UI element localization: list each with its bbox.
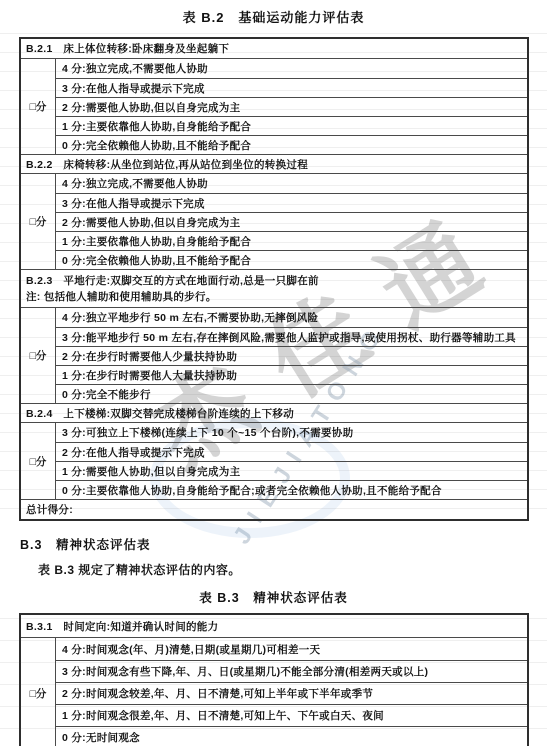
assessment-table-b3: B.3.1 时间定向:知道并确认时间的能力 □分 4 分:时间观念(年、月)清楚…: [19, 613, 529, 746]
assessment-table-b2: B.2.1 床上体位转移:卧床翻身及坐起躺下 □分 4 分:独立完成,不需要他人…: [19, 37, 529, 521]
score-row: 1 分:时间观念很差,年、月、日不清楚,可知上午、下午或白天、夜间: [56, 704, 527, 726]
score-row: 1 分:主要依靠他人协助,自身能给予配合: [56, 231, 527, 250]
score-row: 2 分:在步行时需要他人少量扶持协助: [56, 346, 527, 365]
section-b3-heading: B.3 精神状态评估表: [20, 535, 150, 553]
score-row: 3 分:在他人指导或提示下完成: [56, 193, 527, 212]
score-box-cell-b31: □分: [21, 638, 56, 746]
total-score-row: 总计得分:: [21, 499, 527, 519]
score-row: 2 分:需要他人协助,但以自身完成为主: [56, 212, 527, 231]
section-header-b23: B.2.3 平地行走:双脚交互的方式在地面行动,总是一只脚在前 注: 包括他人辅…: [21, 269, 527, 307]
table-b3-title: 表 B.3 精神状态评估表: [0, 588, 547, 606]
score-row: 3 分:能平地步行 50 m 左右,存在摔倒风险,需要他人监护或指导,或使用拐杖…: [56, 327, 527, 346]
score-row: 1 分:需要他人协助,但以自身完成为主: [56, 461, 527, 480]
score-row: 3 分:在他人指导或提示下完成: [56, 78, 527, 97]
score-row: 4 分:独立完成,不需要他人协助: [56, 59, 527, 78]
score-group-b21: □分 4 分:独立完成,不需要他人协助 3 分:在他人指导或提示下完成 2 分:…: [21, 58, 527, 154]
score-group-b24: □分 3 分:可独立上下楼梯(连续上下 10 个~15 个台阶),不需要协助 2…: [21, 422, 527, 499]
section-header-b21: B.2.1 床上体位转移:卧床翻身及坐起躺下: [21, 39, 527, 58]
section-b3-intro: 表 B.3 规定了精神状态评估的内容。: [38, 561, 241, 578]
score-row: 2 分:在他人指导或提示下完成: [56, 442, 527, 461]
score-row: 3 分:可独立上下楼梯(连续上下 10 个~15 个台阶),不需要协助: [56, 423, 527, 442]
section-header-b22: B.2.2 床椅转移:从坐位到站位,再从站位到坐位的转换过程: [21, 154, 527, 173]
score-row: 0 分:主要依靠他人协助,自身能给予配合;或者完全依赖他人协助,且不能给予配合: [56, 480, 527, 499]
score-row: 2 分:需要他人协助,但以自身完成为主: [56, 97, 527, 116]
score-group-b23: □分 4 分:独立平地步行 50 m 左右,不需要协助,无摔倒风险 3 分:能平…: [21, 307, 527, 403]
score-group-b31: □分 4 分:时间观念(年、月)清楚,日期(或星期几)可相差一天 3 分:时间观…: [21, 637, 527, 746]
score-box-cell-b21: □分: [21, 59, 56, 154]
score-row: 0 分:完全依赖他人协助,且不能给予配合: [56, 250, 527, 269]
score-row: 4 分:独立完成,不需要他人协助: [56, 174, 527, 193]
score-row: 0 分:完全不能步行: [56, 384, 527, 403]
section-header-b23-line1: B.2.3 平地行走:双脚交互的方式在地面行动,总是一只脚在前: [26, 273, 319, 288]
score-box-cell-b23: □分: [21, 308, 56, 403]
score-group-b22: □分 4 分:独立完成,不需要他人协助 3 分:在他人指导或提示下完成 2 分:…: [21, 173, 527, 269]
scanned-standard-page: { "titles": { "table_b2_title": "表 B.2 基…: [0, 0, 547, 746]
section-header-b31: B.3.1 时间定向:知道并确认时间的能力: [21, 615, 527, 637]
table-b2-title: 表 B.2 基础运动能力评估表: [0, 7, 547, 26]
score-row: 4 分:时间观念(年、月)清楚,日期(或星期几)可相差一天: [56, 638, 527, 660]
score-row: 1 分:在步行时需要他人大量扶持协助: [56, 365, 527, 384]
score-row: 1 分:主要依靠他人协助,自身能给予配合: [56, 116, 527, 135]
score-row: 3 分:时间观念有些下降,年、月、日(或星期几)不能全部分清(相差两天或以上): [56, 660, 527, 682]
score-row: 0 分:无时间观念: [56, 726, 527, 746]
score-box-cell-b22: □分: [21, 174, 56, 269]
score-row: 0 分:完全依赖他人协助,且不能给予配合: [56, 135, 527, 154]
score-row: 2 分:时间观念较差,年、月、日不清楚,可知上半年或下半年或季节: [56, 682, 527, 704]
score-row: 4 分:独立平地步行 50 m 左右,不需要协助,无摔倒风险: [56, 308, 527, 327]
section-header-b23-note: 注: 包括他人辅助和使用辅助具的步行。: [26, 289, 217, 304]
score-box-cell-b24: □分: [21, 423, 56, 499]
section-header-b24: B.2.4 上下楼梯:双脚交替完成楼梯台阶连续的上下移动: [21, 403, 527, 422]
